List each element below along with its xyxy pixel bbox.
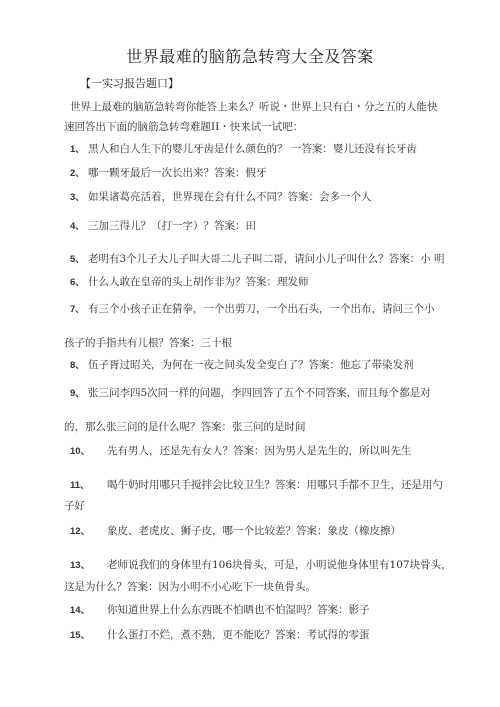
intro-line-2: 速回答出下面的脑筋急转弯难题II・快来试一试吧： [64,120,303,134]
item-text: 如果诸葛亮活着，世界现在会有什么不同？答案：会多一个人 [88,191,372,203]
document-title: 世界最难的脑筋急转弯大全及答案 [0,44,500,67]
question-item-9-continuation: 的，那么张三问的是什么呢？答案：张三问的是时间 [64,420,306,434]
item-number: 1、 [70,143,88,157]
question-item-11-continuation: 子好 [64,499,85,513]
question-item-6: 6、什么人敢在皇帝的头上胡作非为？答案：理发师 [70,275,309,290]
question-item-7-continuation: 孩子的手指共有儿根？答案：三十根 [64,336,232,350]
item-number: 3、 [70,191,88,205]
item-number: 14、 [70,604,107,618]
intro-line-1: 世界上最难的脑筋急转弯你能答上来么？听说・世界上只有白・分之五的人能快 [70,100,438,114]
item-number: 9、 [70,387,88,401]
item-number: 8、 [70,359,88,373]
question-item-11: 11、喝牛奶时用哪只手搅拌会比较卫生？答案：用哪只手都不卫生，还是用勺 [70,478,443,493]
item-number: 7、 [70,303,88,317]
question-item-15: 15、什么蛋打不烂，煮不熟，更不能吃？答案：考试得的零蛋 [70,628,370,643]
item-text: 你知道世界上什么东西既不怕晒也不怕湿吗？答案：影子 [107,604,370,616]
item-text: 黑人和白人生下的婴儿牙齿是什么颜色的？ 一答案：婴儿还没有长牙齿 [88,143,417,155]
item-text: 伍子胥过昭关，为何在一夜之间头发全变白了？答案：他忘了带染发剂 [88,359,414,371]
item-text: 什么蛋打不烂，煮不熟，更不能吃？答案：考试得的零蛋 [107,629,370,641]
question-item-8: 8、伍子胥过昭关，为何在一夜之间头发全变白了？答案：他忘了带染发剂 [70,358,414,373]
item-number: 11、 [70,479,107,493]
item-text: 什么人敢在皇帝的头上胡作非为？答案：理发师 [88,276,309,288]
question-item-4: 4、三加三得儿？（打一字）？答案：田 [70,219,256,234]
item-text: 三加三得儿？（打一字）？答案：田 [88,220,256,232]
document-page: 世界最难的脑筋急转弯大全及答案 【一实习报告题口】 世界上最难的脑筋急转弯你能答… [0,0,500,707]
item-number: 4、 [70,220,88,234]
item-text: 象皮、老虎皮、狮子皮，哪一个比较差？答案：象皮（橡皮擦） [107,525,401,537]
item-number: 12、 [70,525,107,539]
question-item-9: 9、张三问李四5次同一样的问题，李四回答了五个不同答案，而且每个都是对 [70,386,431,401]
question-item-2: 2、哪一颗牙最后一次长出来？答案：假牙 [70,166,267,181]
item-number: 2、 [70,167,88,181]
question-item-3: 3、如果诸葛亮活着，世界现在会有什么不同？答案：会多一个人 [70,190,372,205]
question-item-13: 13、老师说我们的身体里有106块骨头，可是，小明说他身体里有107块骨头， [70,558,452,573]
question-item-13-continuation: 这是为什么？答案：因为小明不小心吃下一块鱼骨头。 [64,580,316,594]
item-text: 先有男人，还是先有女人？答案：因为男人是先生的，所以叫先生 [107,445,412,457]
item-text: 老明有3个儿子大儿子叫大哥二儿子叫二哥，请问小儿子叫什么？答案：小 明 [88,253,445,265]
item-number: 5、 [70,253,88,267]
item-number: 15、 [70,629,107,643]
item-text: 哪一颗牙最后一次长出来？答案：假牙 [88,167,267,179]
item-text: 喝牛奶时用哪只手搅拌会比较卫生？答案：用哪只手都不卫生，还是用勺 [107,479,443,491]
question-item-5: 5、老明有3个儿子大儿子叫大哥二儿子叫二哥，请问小儿子叫什么？答案：小 明 [70,252,445,267]
question-item-10: 10、先有男人，还是先有女人？答案：因为男人是先生的，所以叫先生 [70,444,412,459]
question-item-7: 7、有三个小孩子正在猜拳，一个出剪刀，一个出石头，一个出布，请问三个小 [70,302,435,317]
item-text: 有三个小孩子正在猜拳，一个出剪刀，一个出石头，一个出布，请问三个小 [88,303,435,315]
item-number: 13、 [70,559,107,573]
question-item-1: 1、黑人和白人生下的婴儿牙齿是什么颜色的？ 一答案：婴儿还没有长牙齿 [70,142,417,157]
item-text: 张三问李四5次同一样的问题，李四回答了五个不同答案，而且每个都是对 [88,387,431,399]
question-item-12: 12、象皮、老虎皮、狮子皮，哪一个比较差？答案：象皮（橡皮擦） [70,524,401,539]
item-number: 10、 [70,445,107,459]
item-number: 6、 [70,276,88,290]
item-text: 老师说我们的身体里有106块骨头，可是，小明说他身体里有107块骨头， [107,559,452,571]
section-heading: 【一实习报告题口】 [80,75,179,91]
question-item-14: 14、你知道世界上什么东西既不怕晒也不怕湿吗？答案：影子 [70,603,370,618]
